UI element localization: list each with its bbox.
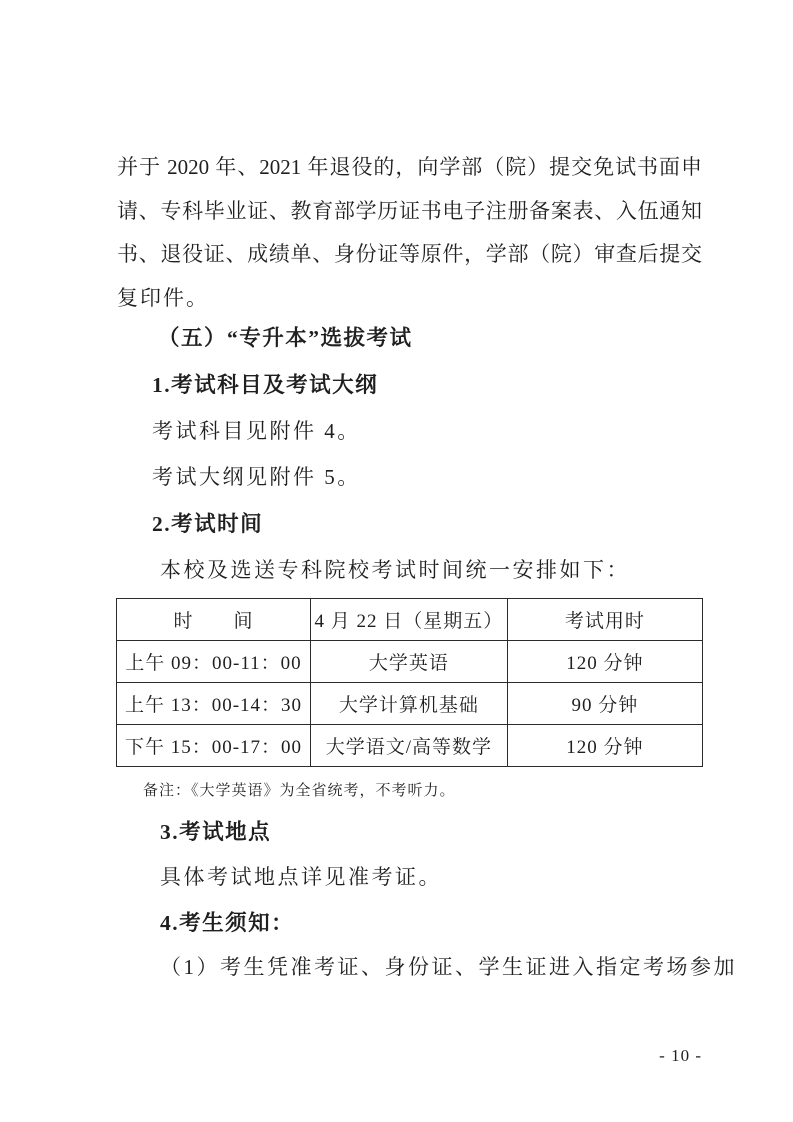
subsection-3-heading: 3.考试地点 bbox=[160, 815, 271, 846]
subsection-4-heading: 4.考生须知： bbox=[160, 906, 294, 937]
table-cell-time: 上午 09：00-11：00 bbox=[117, 641, 311, 683]
document-page: { "intro_paragraph": { "lines": [ "并于 20… bbox=[0, 0, 793, 1122]
table-header-duration: 考试用时 bbox=[507, 599, 702, 641]
table-cell-duration: 120 分钟 bbox=[507, 725, 702, 767]
table-cell-subject: 大学计算机基础 bbox=[310, 683, 507, 725]
page-number: - 10 - bbox=[117, 1046, 702, 1066]
table-cell-duration: 120 分钟 bbox=[507, 641, 702, 683]
table-cell-time: 上午 13：00-14：30 bbox=[117, 683, 311, 725]
subsection-3-body: 具体考试地点详见准考证。 bbox=[160, 861, 442, 891]
subsection-4-item-1: （1）考生凭准考证、身份证、学生证进入指定考场参加 bbox=[160, 951, 737, 981]
subsection-1-line-2: 考试大纲见附件 5。 bbox=[152, 461, 361, 491]
table-cell-duration: 90 分钟 bbox=[507, 683, 702, 725]
subsection-1-line-1: 考试科目见附件 4。 bbox=[152, 415, 361, 445]
exam-schedule-table: 时 间 4 月 22 日（星期五） 考试用时 上午 09：00-11：00 大学… bbox=[116, 598, 703, 767]
table-row: 下午 15：00-17：00 大学语文/高等数学 120 分钟 bbox=[117, 725, 703, 767]
table-cell-subject: 大学英语 bbox=[310, 641, 507, 683]
intro-line: 复印件。 bbox=[117, 277, 702, 321]
table-cell-time: 下午 15：00-17：00 bbox=[117, 725, 311, 767]
table-cell-subject: 大学语文/高等数学 bbox=[310, 725, 507, 767]
table-note: 备注：《大学英语》为全省统考，不考听力。 bbox=[143, 779, 456, 800]
intro-line: 书、退役证、成绩单、身份证等原件，学部（院）审查后提交 bbox=[117, 233, 702, 277]
subsection-1-heading: 1.考试科目及考试大纲 bbox=[152, 368, 378, 399]
table-header-row: 时 间 4 月 22 日（星期五） 考试用时 bbox=[117, 599, 703, 641]
subsection-2-heading: 2.考试时间 bbox=[152, 507, 263, 538]
table-header-date: 4 月 22 日（星期五） bbox=[310, 599, 507, 641]
subsection-2-intro: 本校及选送专科院校考试时间统一安排如下： bbox=[160, 554, 630, 584]
table-row: 上午 09：00-11：00 大学英语 120 分钟 bbox=[117, 641, 703, 683]
intro-line: 请、专科毕业证、教育部学历证书电子注册备案表、入伍通知 bbox=[117, 190, 702, 234]
intro-paragraph: 并于 2020 年、2021 年退役的，向学部（院）提交免试书面申 请、专科毕业… bbox=[117, 146, 702, 320]
intro-line: 并于 2020 年、2021 年退役的，向学部（院）提交免试书面申 bbox=[117, 146, 702, 190]
section-heading: （五）“专升本”选拔考试 bbox=[158, 321, 413, 352]
table-header-time: 时 间 bbox=[117, 599, 311, 641]
table-row: 上午 13：00-14：30 大学计算机基础 90 分钟 bbox=[117, 683, 703, 725]
